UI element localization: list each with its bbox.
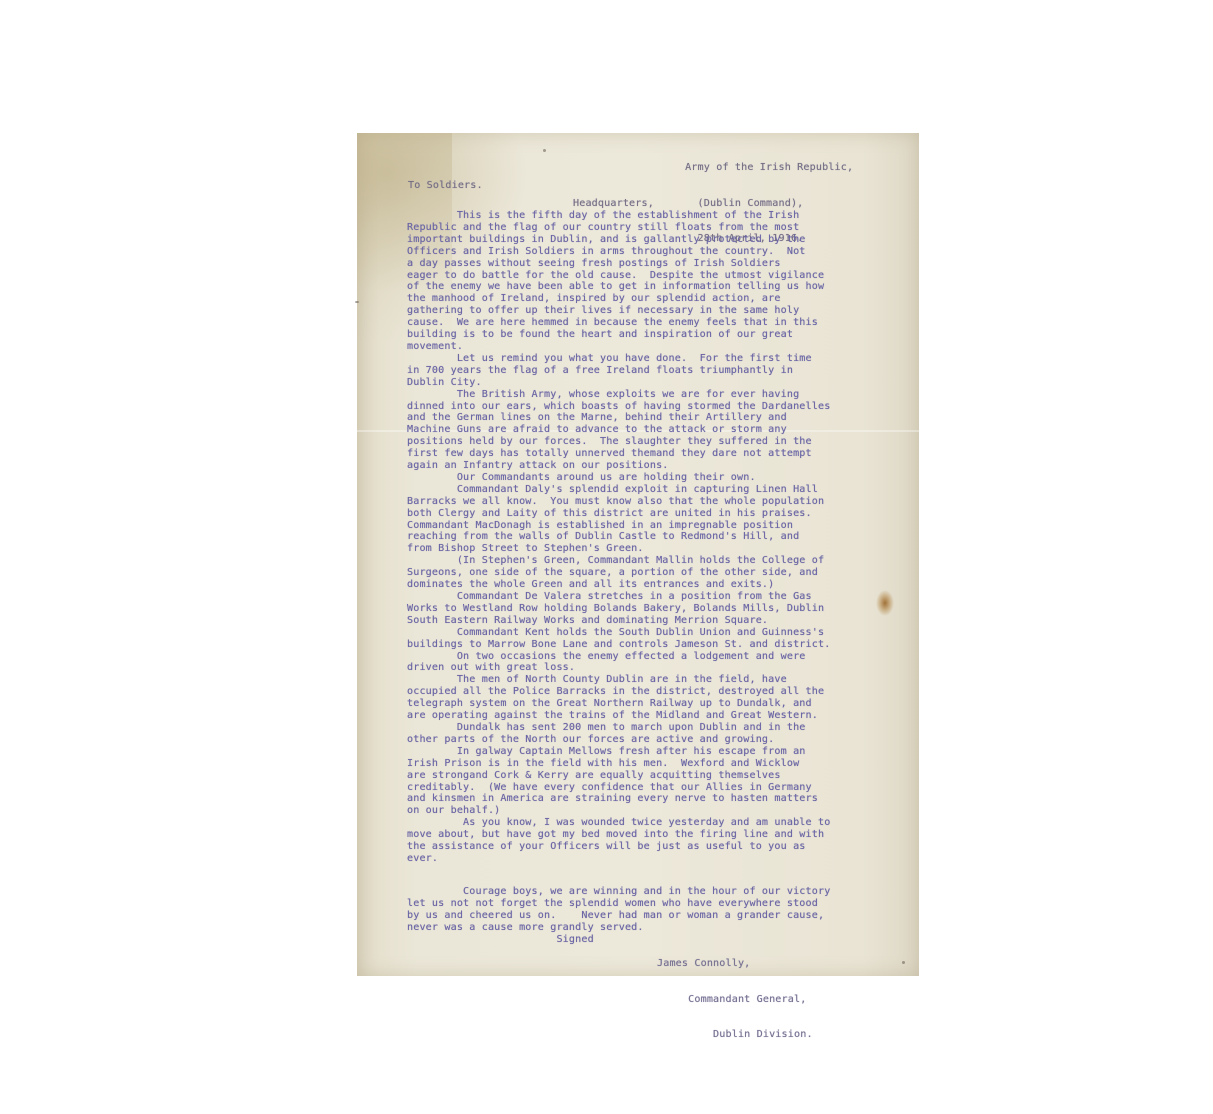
body-line: on our behalf.) xyxy=(407,805,830,817)
body-line: in 700 years the flag of a free Ireland … xyxy=(407,365,830,377)
body-line: South Eastern Railway Works and dominati… xyxy=(407,615,830,627)
body-line: Surgeons, one side of the square, a port… xyxy=(407,567,830,579)
body-line: cause. We are here hemmed in because the… xyxy=(407,317,830,329)
body-line: Officers and Irish Soldiers in arms thro… xyxy=(407,246,830,258)
body-line: creditably. (We have every confidence th… xyxy=(407,782,830,794)
body-line: ever. xyxy=(407,853,830,865)
body-line: Works to Westland Row holding Bolands Ba… xyxy=(407,603,830,615)
paper-speck xyxy=(902,961,905,964)
body-line: and kinsmen in America are straining eve… xyxy=(407,793,830,805)
body-line: are strongand Cork & Kerry are equally a… xyxy=(407,770,830,782)
body-line: Dublin City. xyxy=(407,377,830,389)
body-line: the manhood of Ireland, inspired by our … xyxy=(407,293,830,305)
body-line: The British Army, whose exploits we are … xyxy=(407,389,830,401)
body-line: Commandant Daly's splendid exploit in ca… xyxy=(407,484,830,496)
body-line: Machine Guns are afraid to advance to th… xyxy=(407,424,830,436)
body-line: Commandant De Valera stretches in a posi… xyxy=(407,591,830,603)
body-line: eager to do battle for the old cause. De… xyxy=(407,270,830,282)
body-line: both Clergy and Laity of this district a… xyxy=(407,508,830,520)
body-line: Republic and the flag of our country sti… xyxy=(407,222,830,234)
paper-speck xyxy=(355,301,359,303)
body-line: building is to be found the heart and in… xyxy=(407,329,830,341)
closing-line: let us not not forget the splendid women… xyxy=(407,898,830,910)
body-line: On two occasions the enemy effected a lo… xyxy=(407,651,830,663)
body-line: Our Commandants around us are holding th… xyxy=(407,472,830,484)
body-line: telegraph system on the Great Northern R… xyxy=(407,698,830,710)
body-line: dominates the whole Green and all its en… xyxy=(407,579,830,591)
body-line: Commandant Kent holds the South Dublin U… xyxy=(407,627,830,639)
salutation: To Soldiers. xyxy=(408,180,483,192)
body-line: As you know, I was wounded twice yesterd… xyxy=(407,817,830,829)
body-line: of the enemy we have been able to get in… xyxy=(407,281,830,293)
body-line: In galway Captain Mellows fresh after hi… xyxy=(407,746,830,758)
body-line: the assistance of your Officers will be … xyxy=(407,841,830,853)
body-line: driven out with great loss. xyxy=(407,662,830,674)
body-line: move about, but have got my bed moved in… xyxy=(407,829,830,841)
body-line: movement. xyxy=(407,341,830,353)
body-line: from Bishop Street to Stephen's Green. xyxy=(407,543,830,555)
closing-line: Courage boys, we are winning and in the … xyxy=(407,886,830,898)
body-line: Irish Prison is in the field with his me… xyxy=(407,758,830,770)
body-line: other parts of the North our forces are … xyxy=(407,734,830,746)
closing-line: by us and cheered us on. Never had man o… xyxy=(407,910,830,922)
body-line: Commandant MacDonagh is established in a… xyxy=(407,520,830,532)
body-line: gathering to offer up their lives if nec… xyxy=(407,305,830,317)
header-line: Headquarters, (Dublin Command), xyxy=(573,198,853,210)
signature-block: James Connolly, Commandant General, Dubl… xyxy=(657,934,813,1065)
body-line: and the German lines on the Marne, behin… xyxy=(407,412,830,424)
closing-line: never was a cause more grandly served. xyxy=(407,922,830,934)
body-line: first few days has totally unnerved them… xyxy=(407,448,830,460)
paper-speck xyxy=(543,149,546,152)
signature-title: Commandant General, xyxy=(657,994,813,1006)
body-line: dinned into our ears, which boasts of ha… xyxy=(407,401,830,413)
body-line: This is the fifth day of the establishme… xyxy=(407,210,830,222)
body-line: Barracks we all know. You must know also… xyxy=(407,496,830,508)
body-line: Dundalk has sent 200 men to march upon D… xyxy=(407,722,830,734)
body-line: positions held by our forces. The slaugh… xyxy=(407,436,830,448)
header-line: Army of the Irish Republic, xyxy=(573,162,853,174)
body-line: important buildings in Dublin, and is ga… xyxy=(407,234,830,246)
body-line: reaching from the walls of Dublin Castle… xyxy=(407,531,830,543)
body-line: occupied all the Police Barracks in the … xyxy=(407,686,830,698)
body-line: buildings to Marrow Bone Lane and contro… xyxy=(407,639,830,651)
letter-page: Army of the Irish Republic, Headquarters… xyxy=(357,133,919,976)
signature-name: James Connolly, xyxy=(657,958,813,970)
body-line: again an Infantry attack on our position… xyxy=(407,460,830,472)
body-line: (In Stephen's Green, Commandant Mallin h… xyxy=(407,555,830,567)
body-line: are operating against the trains of the … xyxy=(407,710,830,722)
body-line: Let us remind you what you have done. Fo… xyxy=(407,353,830,365)
body-line: a day passes without seeing fresh postin… xyxy=(407,258,830,270)
signature-division: Dublin Division. xyxy=(657,1029,813,1041)
letter-body: This is the fifth day of the establishme… xyxy=(407,210,830,865)
body-line: The men of North County Dublin are in th… xyxy=(407,674,830,686)
